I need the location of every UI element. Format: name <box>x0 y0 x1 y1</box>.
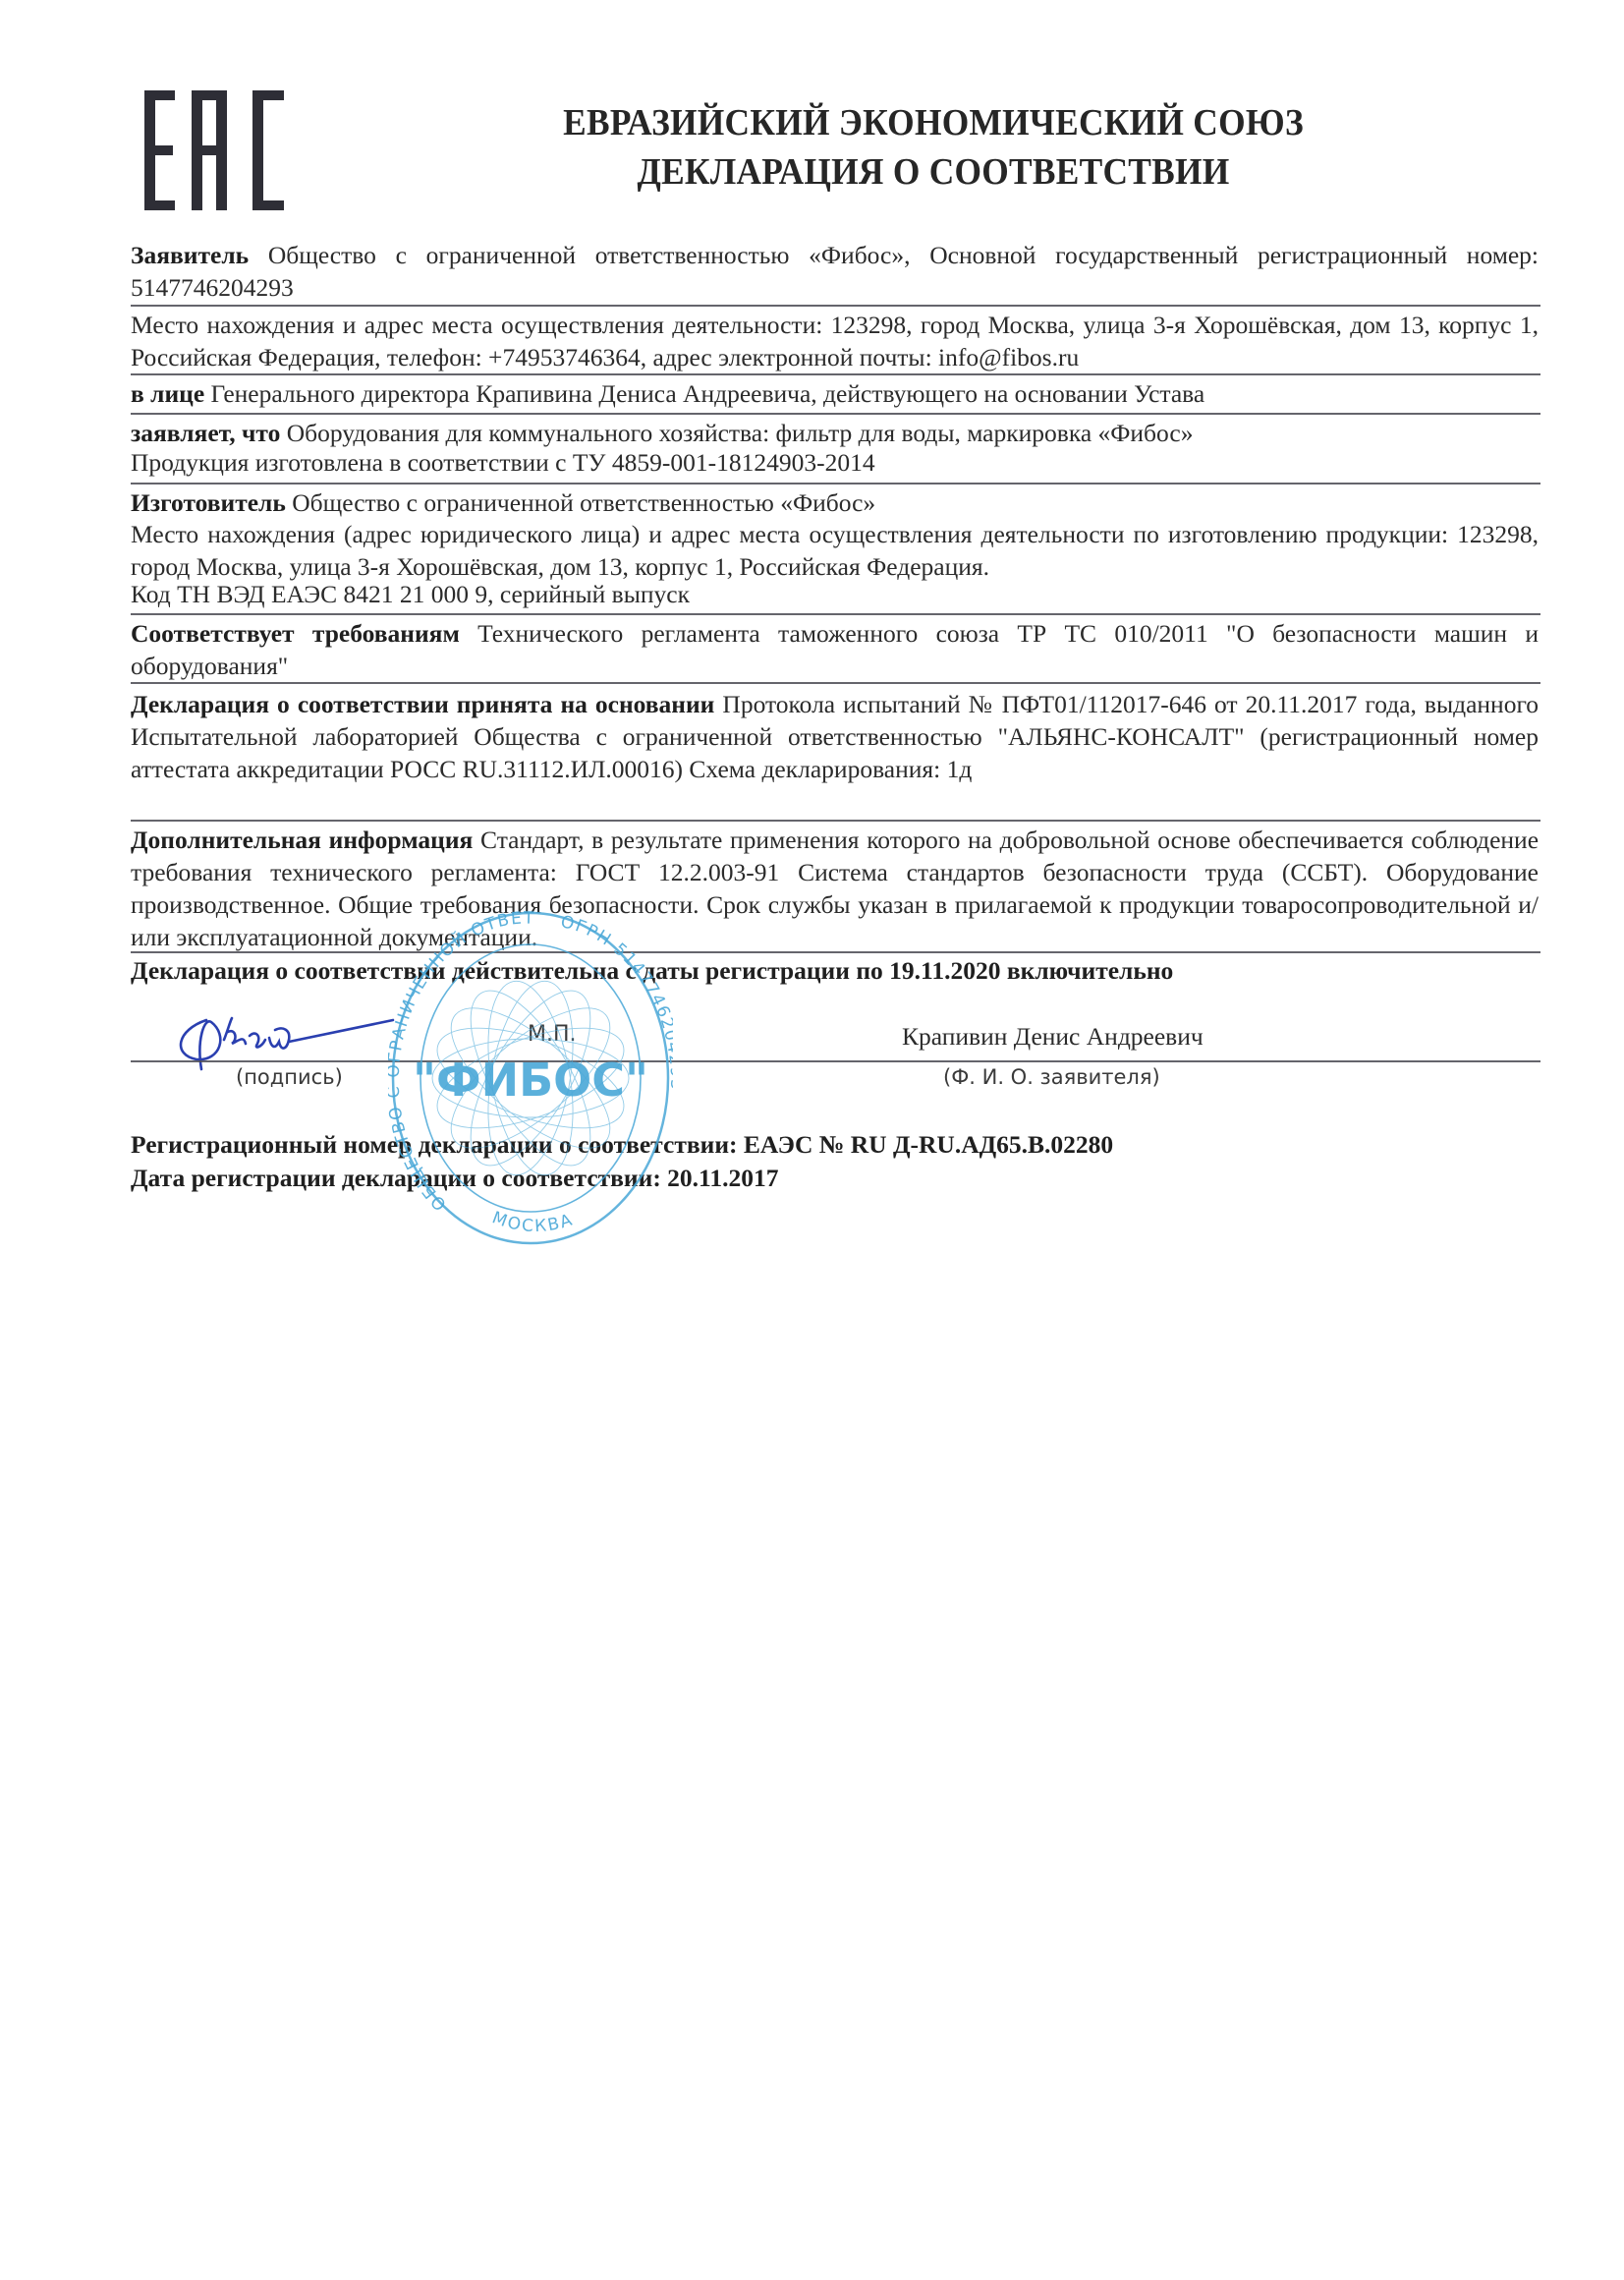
signature-line <box>131 1060 1540 1062</box>
represented-by-text: Генерального директора Крапивина Дениса … <box>211 379 1205 408</box>
declares-label: заявляет, что <box>131 419 280 447</box>
seal-label: М.П. <box>528 1022 577 1047</box>
additional-info-label: Дополнительная информация <box>131 826 473 854</box>
divider <box>131 613 1540 615</box>
additional-info-section: Дополнительная информация Стандарт, в ре… <box>131 824 1539 953</box>
declares-section: заявляет, что Оборудования для коммуналь… <box>131 417 1539 449</box>
represented-by-section: в лице Генерального директора Крапивина … <box>131 377 1539 410</box>
signature-caption: (подпись) <box>236 1065 343 1089</box>
address-section: Место нахождения и адрес места осуществл… <box>131 309 1539 373</box>
divider <box>131 373 1540 375</box>
divider <box>131 820 1540 822</box>
divider <box>131 305 1540 307</box>
validity-statement: Декларация о соответствии действительна … <box>131 956 1173 986</box>
represented-by-label: в лице <box>131 379 204 408</box>
manufacturer-text: Общество с ограниченной ответственностью… <box>292 488 875 517</box>
divider <box>131 682 1540 684</box>
union-title: ЕВРАЗИЙСКИЙ ЭКОНОМИЧЕСКИЙ СОЮЗ <box>458 101 1408 144</box>
product-spec-line: Продукция изготовлена в соответствии с Т… <box>131 446 1539 479</box>
conformity-label: Соответствует требованиям <box>131 619 460 648</box>
svg-text:МОСКВА: МОСКВА <box>489 1208 576 1236</box>
document-title: ДЕКЛАРАЦИЯ О СООТВЕТСТВИИ <box>458 150 1408 194</box>
divider <box>131 413 1540 415</box>
divider <box>131 951 1540 953</box>
registration-number: Регистрационный номер декларации о соотв… <box>131 1130 1113 1160</box>
conformity-section: Соответствует требованиям Технического р… <box>131 617 1539 682</box>
eac-mark-icon <box>144 90 284 210</box>
signer-caption: (Ф. И. О. заявителя) <box>943 1065 1160 1089</box>
manufacturer-address: Место нахождения (адрес юридического лиц… <box>131 518 1539 583</box>
hs-code-line: Код ТН ВЭД ЕАЭС 8421 21 000 9, серийный … <box>131 578 1539 610</box>
signer-name: Крапивин Денис Андреевич <box>902 1022 1204 1052</box>
manufacturer-label: Изготовитель <box>131 488 286 517</box>
applicant-text: Общество с ограниченной ответственностью… <box>131 241 1539 302</box>
basis-label: Декларация о соответствии принята на осн… <box>131 690 714 718</box>
declares-text: Оборудования для коммунального хозяйства… <box>287 419 1194 447</box>
address-text: Место нахождения и адрес места осуществл… <box>131 311 1539 371</box>
basis-section: Декларация о соответствии принята на осн… <box>131 688 1539 785</box>
applicant-section: Заявитель Общество с ограниченной ответс… <box>131 239 1539 304</box>
divider <box>131 483 1540 484</box>
registration-date: Дата регистрации декларации о соответств… <box>131 1164 779 1193</box>
applicant-label: Заявитель <box>131 241 249 269</box>
signature-icon <box>167 1000 408 1074</box>
manufacturer-section: Изготовитель Общество с ограниченной отв… <box>131 486 1539 519</box>
